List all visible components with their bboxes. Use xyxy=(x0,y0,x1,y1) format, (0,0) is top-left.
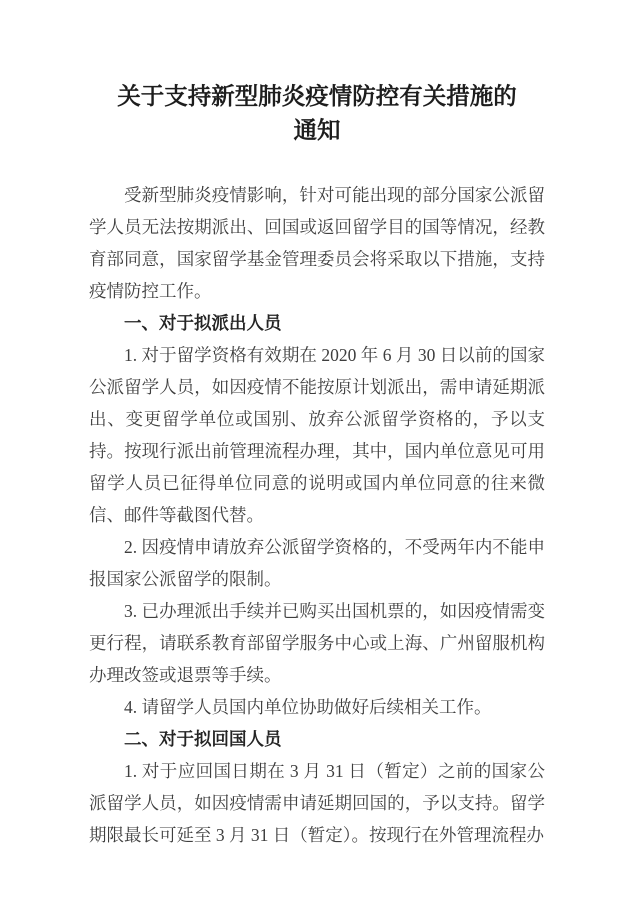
paragraph: 2. 因疫情申请放弃公派留学资格的，不受两年内不能申报国家公派留学的限制。 xyxy=(89,531,545,595)
document-title: 关于支持新型肺炎疫情防控有关措施的 通知 xyxy=(0,80,634,148)
paragraph: 受新型肺炎疫情影响，针对可能出现的部分国家公派留学人员无法按期派出、回国或返回留… xyxy=(89,179,545,307)
document-page: 关于支持新型肺炎疫情防控有关措施的 通知 受新型肺炎疫情影响，针对可能出现的部分… xyxy=(0,0,634,897)
paragraph: 3. 已办理派出手续并已购买出国机票的，如因疫情需变更行程，请联系教育部留学服务… xyxy=(89,595,545,691)
paragraph: 1. 对于应回国日期在 3 月 31 日（暂定）之前的国家公派留学人员，如因疫情… xyxy=(89,755,545,851)
section-heading: 二、对于拟回国人员 xyxy=(89,723,545,755)
document-title-line-2: 通知 xyxy=(0,114,634,148)
section-heading: 一、对于拟派出人员 xyxy=(89,307,545,339)
document-title-line-1: 关于支持新型肺炎疫情防控有关措施的 xyxy=(0,80,634,114)
paragraph: 1. 对于留学资格有效期在 2020 年 6 月 30 日以前的国家公派留学人员… xyxy=(89,339,545,531)
paragraph: 4. 请留学人员国内单位协助做好后续相关工作。 xyxy=(89,691,545,723)
document-body: 受新型肺炎疫情影响，针对可能出现的部分国家公派留学人员无法按期派出、回国或返回留… xyxy=(89,179,545,851)
